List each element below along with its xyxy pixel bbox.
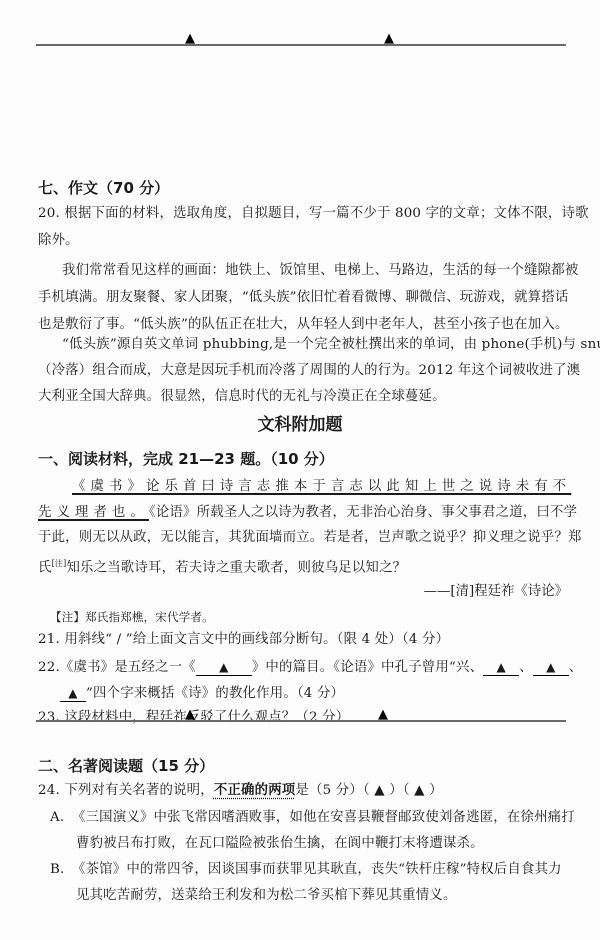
material-paragraph-1-cont: 手机填满。朋友聚餐、家人团聚，“低头族”依旧忙着看微博、聊微信、玩游戏，就算搭话	[38, 289, 569, 307]
answer-blank-3[interactable]: ▲	[533, 659, 569, 676]
triangle-marker-icon: ▲	[185, 32, 195, 45]
passage-underlined-1: 《虞书》论乐首曰诗言志推本于言志以此知上世之说诗未有不	[72, 478, 571, 496]
q22-part-2: 》中的篇目。《论语》中孔子曾用“兴、	[252, 660, 483, 675]
passage-line-2-rest: 《论语》所载圣人之以诗为教者，无非治心治身、事父事君之道，曰不学	[149, 505, 577, 520]
bonus-section-title: 文科附加题	[0, 414, 600, 436]
q24-suffix: 是（5 分）（ ▲ ）（ ▲ ）	[295, 783, 442, 798]
material-paragraph-1: 我们常常看见这样的画面：地铁上、饭馆里、电梯上、马路边，生活的每一个缝隙都被	[62, 262, 578, 280]
option-b-text-cont: 见其吃苦耐劳，送菜给王利发和为松二爷买棺下葬见其重情义。	[76, 887, 457, 905]
material-paragraph-1-cont: 也是敷衍了事。“低头族”的队伍正在壮大，从年轻人到中老年人，甚至小孩子也在加入。	[38, 316, 569, 334]
passage-line-4-end: 知乐之当歌诗耳，若夫诗之重夫歌者，则彼乌足以知之？	[66, 560, 406, 575]
passage-note: 【注】郑氏指郑樵，宋代学者。	[50, 608, 214, 626]
option-b-label: B.	[50, 861, 65, 879]
reading-section-heading: 一、阅读材料，完成 21—23 题。（10 分）	[38, 449, 334, 469]
top-answer-divider	[36, 44, 566, 46]
passage-underlined-2: 先义理者也。	[38, 505, 149, 520]
footnote-marker: [注]	[52, 559, 67, 568]
q24-prefix: 24. 下列对有关名著的说明，	[38, 783, 214, 798]
q20-text: 20. 根据下面的材料，选取角度，自拟题目，写一篇不少于 800 字的文章；文体…	[38, 205, 589, 223]
q24-emphasis: 不正确的两项	[214, 783, 296, 798]
q22-part-1: 22.《虞书》是五经之一《	[38, 660, 196, 675]
passage-line-2: 先义理者也。《论语》所载圣人之以诗为教者，无非治心治身、事父事君之道，曰不学	[38, 504, 577, 522]
q20-text-cont: 除外。	[38, 232, 79, 250]
q24-text: 24. 下列对有关名著的说明，不正确的两项是（5 分）（ ▲ ）（ ▲ ）	[38, 782, 443, 800]
option-a-text: 《三国演义》中张飞常因嗜酒败事，如他在安喜县鞭督邮致使刘备逃匿，在徐州痛打	[72, 809, 575, 827]
passage-line-4-start: 氏	[38, 560, 52, 575]
separator: 、	[519, 660, 533, 675]
option-a-text-cont: 曹豹被吕布打败，在瓦口隘险被张佁生擒，在阆中鞭打末将遭谋杀。	[76, 835, 484, 853]
q22-text: 22.《虞书》是五经之一《▲》中的篇目。《论语》中孔子曾用“兴、▲、▲、	[38, 659, 582, 677]
option-a-label: A.	[50, 809, 64, 827]
classics-section-heading: 二、名著阅读题（15 分）	[38, 756, 214, 776]
option-b-text: 《茶馆》中的常四爷，因谈国事而获罪见其耿直，丧失“铁杆庄稼”特权后自食其力	[72, 861, 562, 879]
answer-blank-1[interactable]: ▲	[196, 659, 252, 676]
q22-part-3: ”四个字来概括《诗》的教化作用。（4 分）	[86, 686, 344, 701]
triangle-marker-icon: ▲	[378, 708, 388, 721]
triangle-marker-icon: ▲	[384, 32, 394, 45]
passage-line-3: 于此，则无以从政，无以能言，其犹面墙而立。若是者，岂声歌之说乎？抑义理之说乎？郑	[38, 529, 582, 547]
material-paragraph-2: “低头族”源自英文单词 phubbing,是一个完全被杜撰出来的单词，由 pho…	[62, 336, 600, 354]
q23-answer-line[interactable]	[36, 720, 566, 722]
triangle-marker-icon: ▲	[185, 708, 195, 721]
material-paragraph-2-cont: （冷落）组合而成，大意是因玩手机而冷落了周围的人的行为。2012 年这个词被收进…	[38, 362, 580, 380]
separator: 、	[569, 660, 583, 675]
passage-attribution: ——[清]程廷祚《诗论》	[424, 583, 568, 601]
answer-blank-4[interactable]: ▲	[60, 685, 86, 702]
passage-line-4: 氏[注]知乐之当歌诗耳，若夫诗之重夫歌者，则彼乌足以知之？	[38, 555, 406, 577]
answer-blank-2[interactable]: ▲	[483, 659, 519, 676]
q22-text-cont: ▲”四个字来概括《诗》的教化作用。（4 分）	[60, 685, 344, 703]
essay-section-heading: 七、作文（70 分）	[38, 178, 169, 198]
material-paragraph-2-cont: 大利亚全国大辞典。很显然，信息时代的无礼与冷漠正在全球蔓延。	[38, 388, 446, 406]
q21-text: 21. 用斜线“ / ”给上面文言文中的画线部分断句。（限 4 处）（4 分）	[38, 631, 449, 649]
